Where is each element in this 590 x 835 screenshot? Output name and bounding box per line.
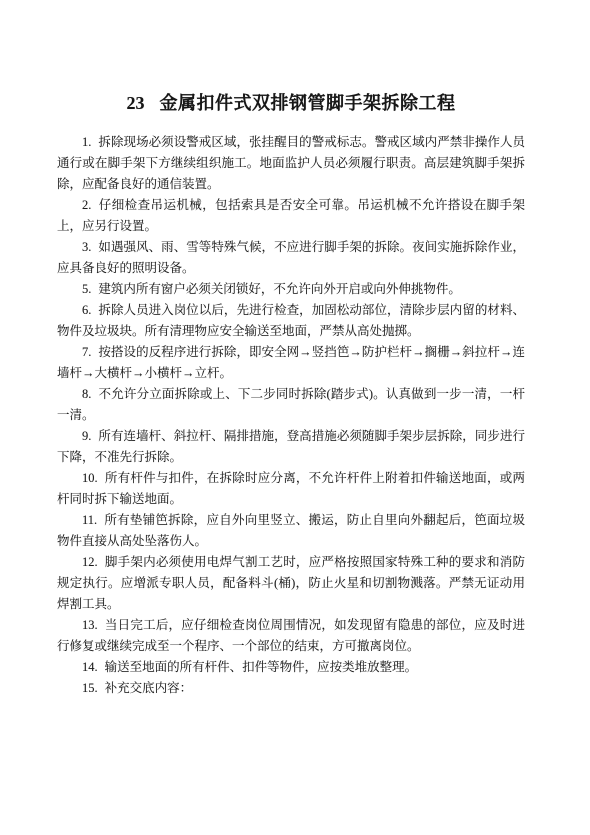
item-text: 所有垫铺笆拆除，应自外向里竖立、搬运，防止自里向外翻起后，笆面垃圾物件直接从高处… xyxy=(57,513,525,548)
item-number: 7. xyxy=(82,345,91,359)
list-item-11: 11.所有垫铺笆拆除，应自外向里竖立、搬运，防止自里向外翻起后，笆面垃圾物件直接… xyxy=(57,510,525,552)
list-item-2: 2.仔细检查吊运机械，包括索具是否安全可靠。吊运机械不允许搭设在脚手架上，应另行… xyxy=(57,195,525,237)
item-number: 11. xyxy=(82,513,97,527)
list-item-9: 9.所有连墙杆、斜拉杆、隔排措施，登高措施必须随脚手架步层拆除，同步进行下降，不… xyxy=(57,426,525,468)
list-item-10: 10.所有杆件与扣件，在拆除时应分离，不允许杆件上附着扣件输送地面，或两杆同时拆… xyxy=(57,468,525,510)
item-text: 仔细检查吊运机械，包括索具是否安全可靠。吊运机械不允许搭设在脚手架上，应另行设置… xyxy=(57,198,525,233)
document-page: 23金属扣件式双排钢管脚手架拆除工程 1.拆除现场必须设警戒区域，张挂醒目的警戒… xyxy=(0,0,590,835)
list-item-15: 15.补充交底内容： xyxy=(57,678,525,699)
item-number: 15. xyxy=(82,681,98,695)
item-text: 所有连墙杆、斜拉杆、隔排措施，登高措施必须随脚手架步层拆除，同步进行下降，不准先… xyxy=(57,429,525,464)
item-number: 6. xyxy=(82,303,91,317)
list-item-7: 7.按搭设的反程序进行拆除，即安全网→竖挡笆→防护栏杆→搁栅→斜拉杆→连墙杆→大… xyxy=(57,342,525,384)
document-title: 23金属扣件式双排钢管脚手架拆除工程 xyxy=(57,93,525,113)
list-item-12: 12.脚手架内必须使用电焊气割工艺时，应严格按照国家特殊工种的要求和消防规定执行… xyxy=(57,552,525,615)
list-item-13: 13.当日完工后，应仔细检查岗位周围情况，如发现留有隐患的部位，应及时进行修复或… xyxy=(57,615,525,657)
item-text: 拆除现场必须设警戒区域，张挂醒目的警戒标志。警戒区域内严禁非操作人员通行或在脚手… xyxy=(57,135,525,191)
item-text: 拆除人员进入岗位以后，先进行检查，加固松动部位，清除步层内留的材料、物件及垃圾块… xyxy=(57,303,525,338)
item-text: 脚手架内必须使用电焊气割工艺时，应严格按照国家特殊工种的要求和消防规定执行。应增… xyxy=(57,555,525,611)
item-number: 2. xyxy=(82,198,91,212)
item-text: 按搭设的反程序进行拆除，即安全网→竖挡笆→防护栏杆→搁栅→斜拉杆→连墙杆→大横杆… xyxy=(57,345,525,380)
item-text: 当日完工后，应仔细检查岗位周围情况，如发现留有隐患的部位，应及时进行修复或继续完… xyxy=(57,618,525,653)
list-item-14: 14.输送至地面的所有杆件、扣件等物件，应按类堆放整理。 xyxy=(57,657,525,678)
item-text: 不允许分立面拆除或上、下二步同时拆除(踏步式)。认真做到一步一清，一杆一清。 xyxy=(57,387,525,422)
item-text: 所有杆件与扣件，在拆除时应分离，不允许杆件上附着扣件输送地面，或两杆同时拆下输送… xyxy=(57,471,525,506)
item-text: 补充交底内容： xyxy=(105,681,193,695)
chapter-title-text: 金属扣件式双排钢管脚手架拆除工程 xyxy=(160,93,456,113)
chapter-number: 23 xyxy=(127,93,145,113)
item-number: 14. xyxy=(82,660,98,674)
item-number: 12. xyxy=(82,555,98,569)
item-text: 如遇强风、雨、雪等特殊气候，不应进行脚手架的拆除。夜间实施拆除作业，应具备良好的… xyxy=(57,240,525,275)
item-number: 10. xyxy=(82,471,98,485)
list-item-6: 6.拆除人员进入岗位以后，先进行检查，加固松动部位，清除步层内留的材料、物件及垃… xyxy=(57,300,525,342)
document-body: 1.拆除现场必须设警戒区域，张挂醒目的警戒标志。警戒区域内严禁非操作人员通行或在… xyxy=(57,132,525,699)
item-number: 1. xyxy=(82,135,91,149)
item-number: 5. xyxy=(82,282,91,296)
item-number: 3. xyxy=(82,240,91,254)
item-number: 8. xyxy=(82,387,91,401)
item-text: 输送至地面的所有杆件、扣件等物件，应按类堆放整理。 xyxy=(105,660,418,674)
item-number: 13. xyxy=(82,618,98,632)
item-text: 建筑内所有窗户必须关闭锁好，不允许向外开启或向外伸挑物件。 xyxy=(98,282,461,296)
list-item-1: 1.拆除现场必须设警戒区域，张挂醒目的警戒标志。警戒区域内严禁非操作人员通行或在… xyxy=(57,132,525,195)
list-item-5: 5.建筑内所有窗户必须关闭锁好，不允许向外开启或向外伸挑物件。 xyxy=(57,279,525,300)
list-item-8: 8.不允许分立面拆除或上、下二步同时拆除(踏步式)。认真做到一步一清，一杆一清。 xyxy=(57,384,525,426)
item-number: 9. xyxy=(82,429,91,443)
list-item-3: 3.如遇强风、雨、雪等特殊气候，不应进行脚手架的拆除。夜间实施拆除作业，应具备良… xyxy=(57,237,525,279)
